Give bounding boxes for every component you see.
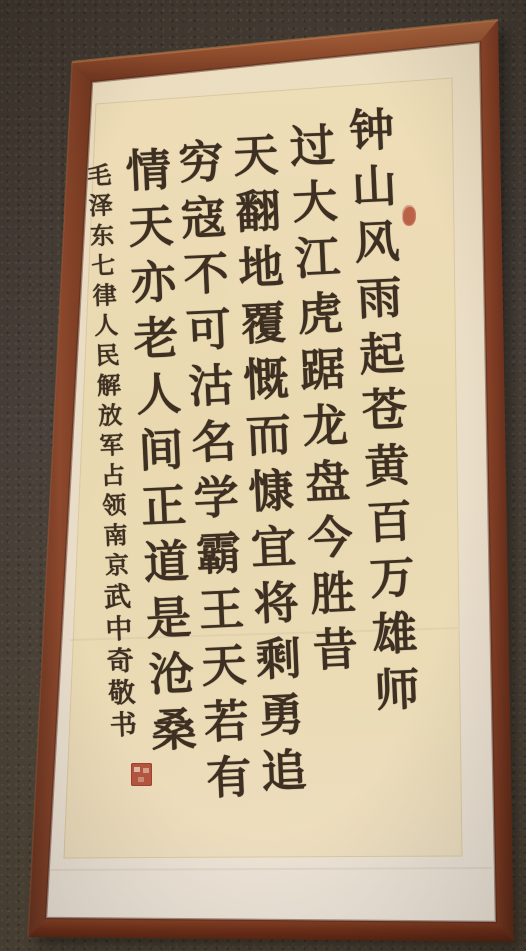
frame-and-scroll-graphic [0, 0, 526, 951]
upper-red-seal [402, 205, 416, 226]
lower-red-seal [131, 763, 152, 786]
photo-of-framed-calligraphy: 钟山风雨起苍黄百万雄师 过大江虎踞龙盘今胜昔 天翻地覆慨而慷宜将剩勇追 穷寇不可… [0, 0, 526, 951]
glass-glare [46, 42, 496, 922]
